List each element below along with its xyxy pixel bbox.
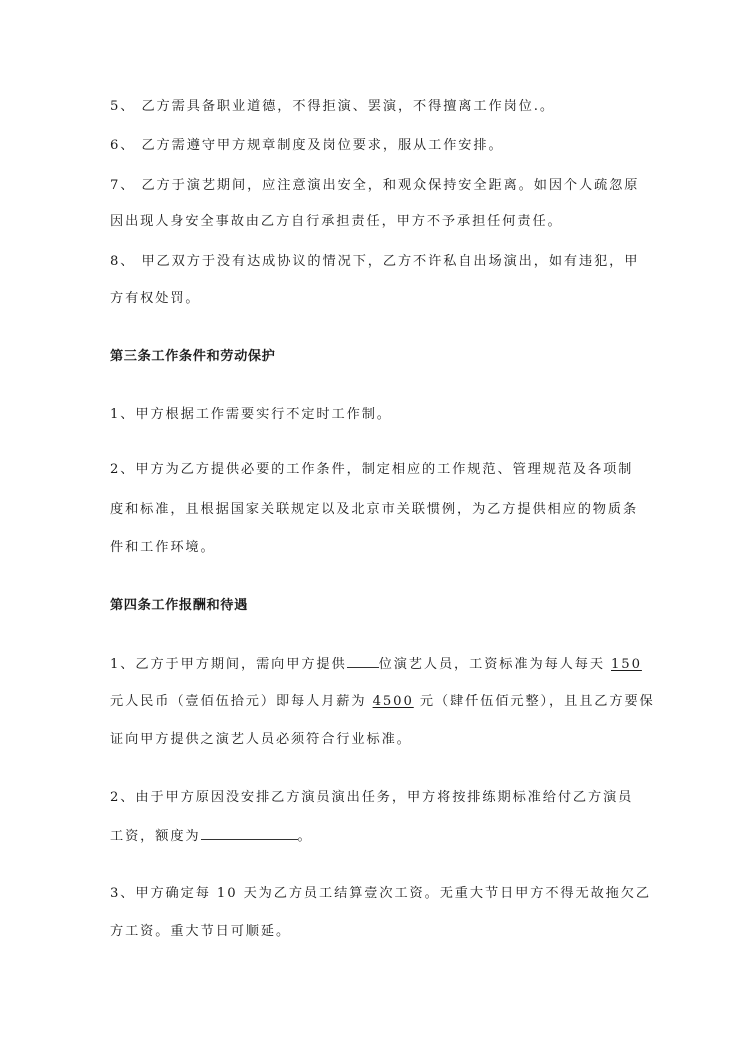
clause-item-5: 5、 乙方需具备职业道德，不得拒演、罢演，不得擅离工作岗位.。	[110, 98, 640, 116]
amount-blank	[201, 827, 298, 840]
clause-item-7-line2: 因出现人身安全事故由乙方自行承担责任，甲方不予承担任何责任。	[110, 213, 640, 231]
item-1-text-a: 1、乙方于甲方期间，需向甲方提供	[110, 657, 347, 672]
item-2-text-b: 。	[298, 829, 313, 844]
item-1-text-d: 元（肆仟伍佰元整），且且乙方要保	[414, 694, 655, 709]
section-3-item-1: 1、甲方根据工作需要实行不定时工作制。	[110, 406, 640, 424]
section-4-item-1-line3: 证向甲方提供之演艺人员必须符合行业标准。	[110, 731, 640, 749]
section-4-heading: 第四条工作报酬和待遇	[110, 597, 640, 615]
item-2-text-a: 工资，额度为	[110, 829, 201, 844]
document-page: 5、 乙方需具备职业道德，不得拒演、罢演，不得擅离工作岗位.。 6、 乙方需遵守…	[0, 0, 744, 1052]
item-1-text-c: 元人民币（壹佰伍拾元）即每人月薪为	[110, 694, 373, 709]
item-1-text-b: 位演艺人员，工资标准为每人每天	[379, 657, 611, 672]
daily-wage-value: 150	[611, 657, 642, 672]
section-3-item-2-line1: 2、甲方为乙方提供必要的工作条件，制定相应的工作规范、管理规范及各项制	[110, 461, 640, 479]
monthly-salary-value: 4500	[373, 694, 414, 709]
clause-item-8-line2: 方有权处罚。	[110, 290, 640, 308]
section-3-item-2-line2: 度和标准，且根据国家关联规定以及北京市关联惯例，为乙方提供相应的物质条	[110, 501, 640, 519]
section-4-item-1-line2: 元人民币（壹佰伍拾元）即每人月薪为 4500 元（肆仟伍佰元整），且且乙方要保	[110, 693, 640, 711]
section-3-item-2-line3: 件和工作环境。	[110, 539, 640, 557]
section-4-item-2-line1: 2、由于甲方原因没安排乙方演员演出任务，甲方将按排练期标准给付乙方演员	[110, 789, 640, 807]
section-4-item-3-line2: 方工资。重大节日可顺延。	[110, 923, 640, 941]
clause-item-8-line1: 8、 甲乙双方于没有达成协议的情况下，乙方不许私自出场演出，如有违犯，甲	[110, 253, 640, 271]
section-4-item-3-line1: 3、甲方确定每 10 天为乙方员工结算壹次工资。无重大节日甲方不得无故拖欠乙	[110, 885, 640, 903]
section-4-item-1-line1: 1、乙方于甲方期间，需向甲方提供位演艺人员，工资标准为每人每天 150	[110, 655, 640, 674]
clause-item-7-line1: 7、 乙方于演艺期间，应注意演出安全，和观众保持安全距离。如因个人疏忽原	[110, 177, 640, 195]
section-3-heading: 第三条工作条件和劳动保护	[110, 348, 640, 366]
performer-count-blank	[347, 655, 379, 668]
clause-item-6: 6、 乙方需遵守甲方规章制度及岗位要求，服从工作安排。	[110, 137, 640, 155]
section-4-item-2-line2: 工资，额度为。	[110, 827, 640, 846]
